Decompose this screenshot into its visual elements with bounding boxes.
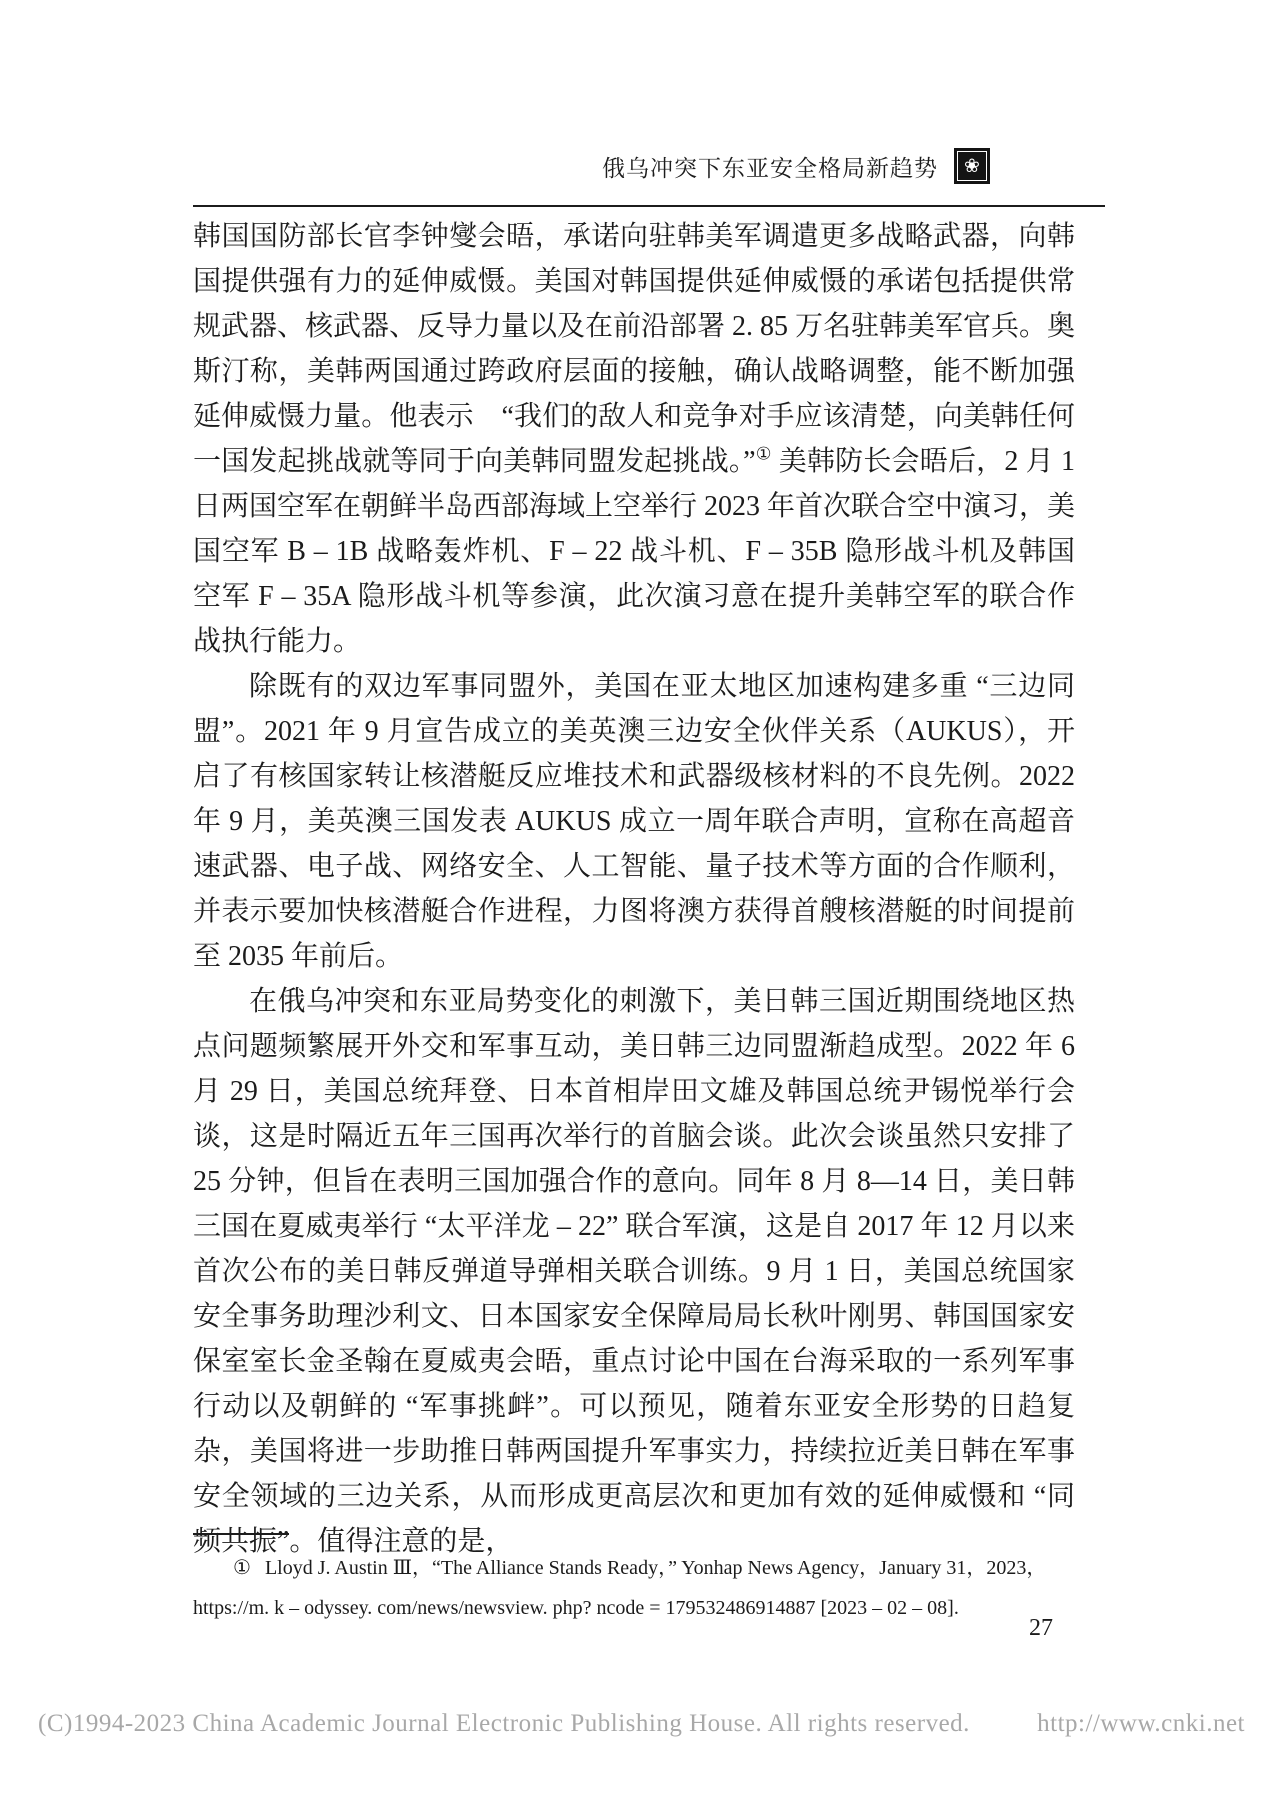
footer-copyright: (C)1994-2023 China Academic Journal Elec… [38,1710,970,1738]
footer-url: http://www.cnki.net [1037,1710,1245,1738]
header-divider [193,205,1105,207]
running-header-title: 俄乌冲突下东亚安全格局新趋势 [602,150,938,183]
footnote-line-1: ①Lloyd J. Austin Ⅲ，“The Alliance Stands … [193,1548,1075,1588]
footnote-divider [193,1533,289,1535]
ornament-icon: ❀ [954,148,990,184]
footnote-citation-text: Lloyd J. Austin Ⅲ，“The Alliance Stands R… [265,1557,1046,1579]
scan-footer: (C)1994-2023 China Academic Journal Elec… [38,1710,1245,1738]
document-page: 俄乌冲突下东亚安全格局新趋势 ❀ 韩国国防部长官李钟燮会晤，承诺向驻韩美军调遣更… [0,0,1279,1797]
ornament-flower-glyph: ❀ [964,157,980,176]
paragraph-1-continuation: 美韩防长会晤后，2 月 1 日两国空军在朝鲜半岛西部海域上空举行 2023 年首… [193,446,1075,657]
running-header: 俄乌冲突下东亚安全格局新趋势 ❀ [193,140,1105,192]
page-number: 27 [193,1615,1053,1642]
footnote-reference-mark: ① [756,445,772,464]
paragraph-2: 除既有的双边军事同盟外，美国在亚太地区加速构建多重 “三边同盟”。2021 年 … [193,664,1075,979]
paragraph-1: 韩国国防部长官李钟燮会晤，承诺向驻韩美军调遣更多战略武器，向韩国提供强有力的延伸… [193,214,1075,664]
paragraph-1-text: 韩国国防部长官李钟燮会晤，承诺向驻韩美军调遣更多战略武器，向韩国提供强有力的延伸… [193,221,1075,477]
article-body: 韩国国防部长官李钟燮会晤，承诺向驻韩美军调遣更多战略武器，向韩国提供强有力的延伸… [193,214,1075,1564]
footnote-marker: ① [233,1557,251,1579]
paragraph-3: 在俄乌冲突和东亚局势变化的刺激下，美日韩三国近期围绕地区热点问题频繁展开外交和军… [193,979,1075,1564]
